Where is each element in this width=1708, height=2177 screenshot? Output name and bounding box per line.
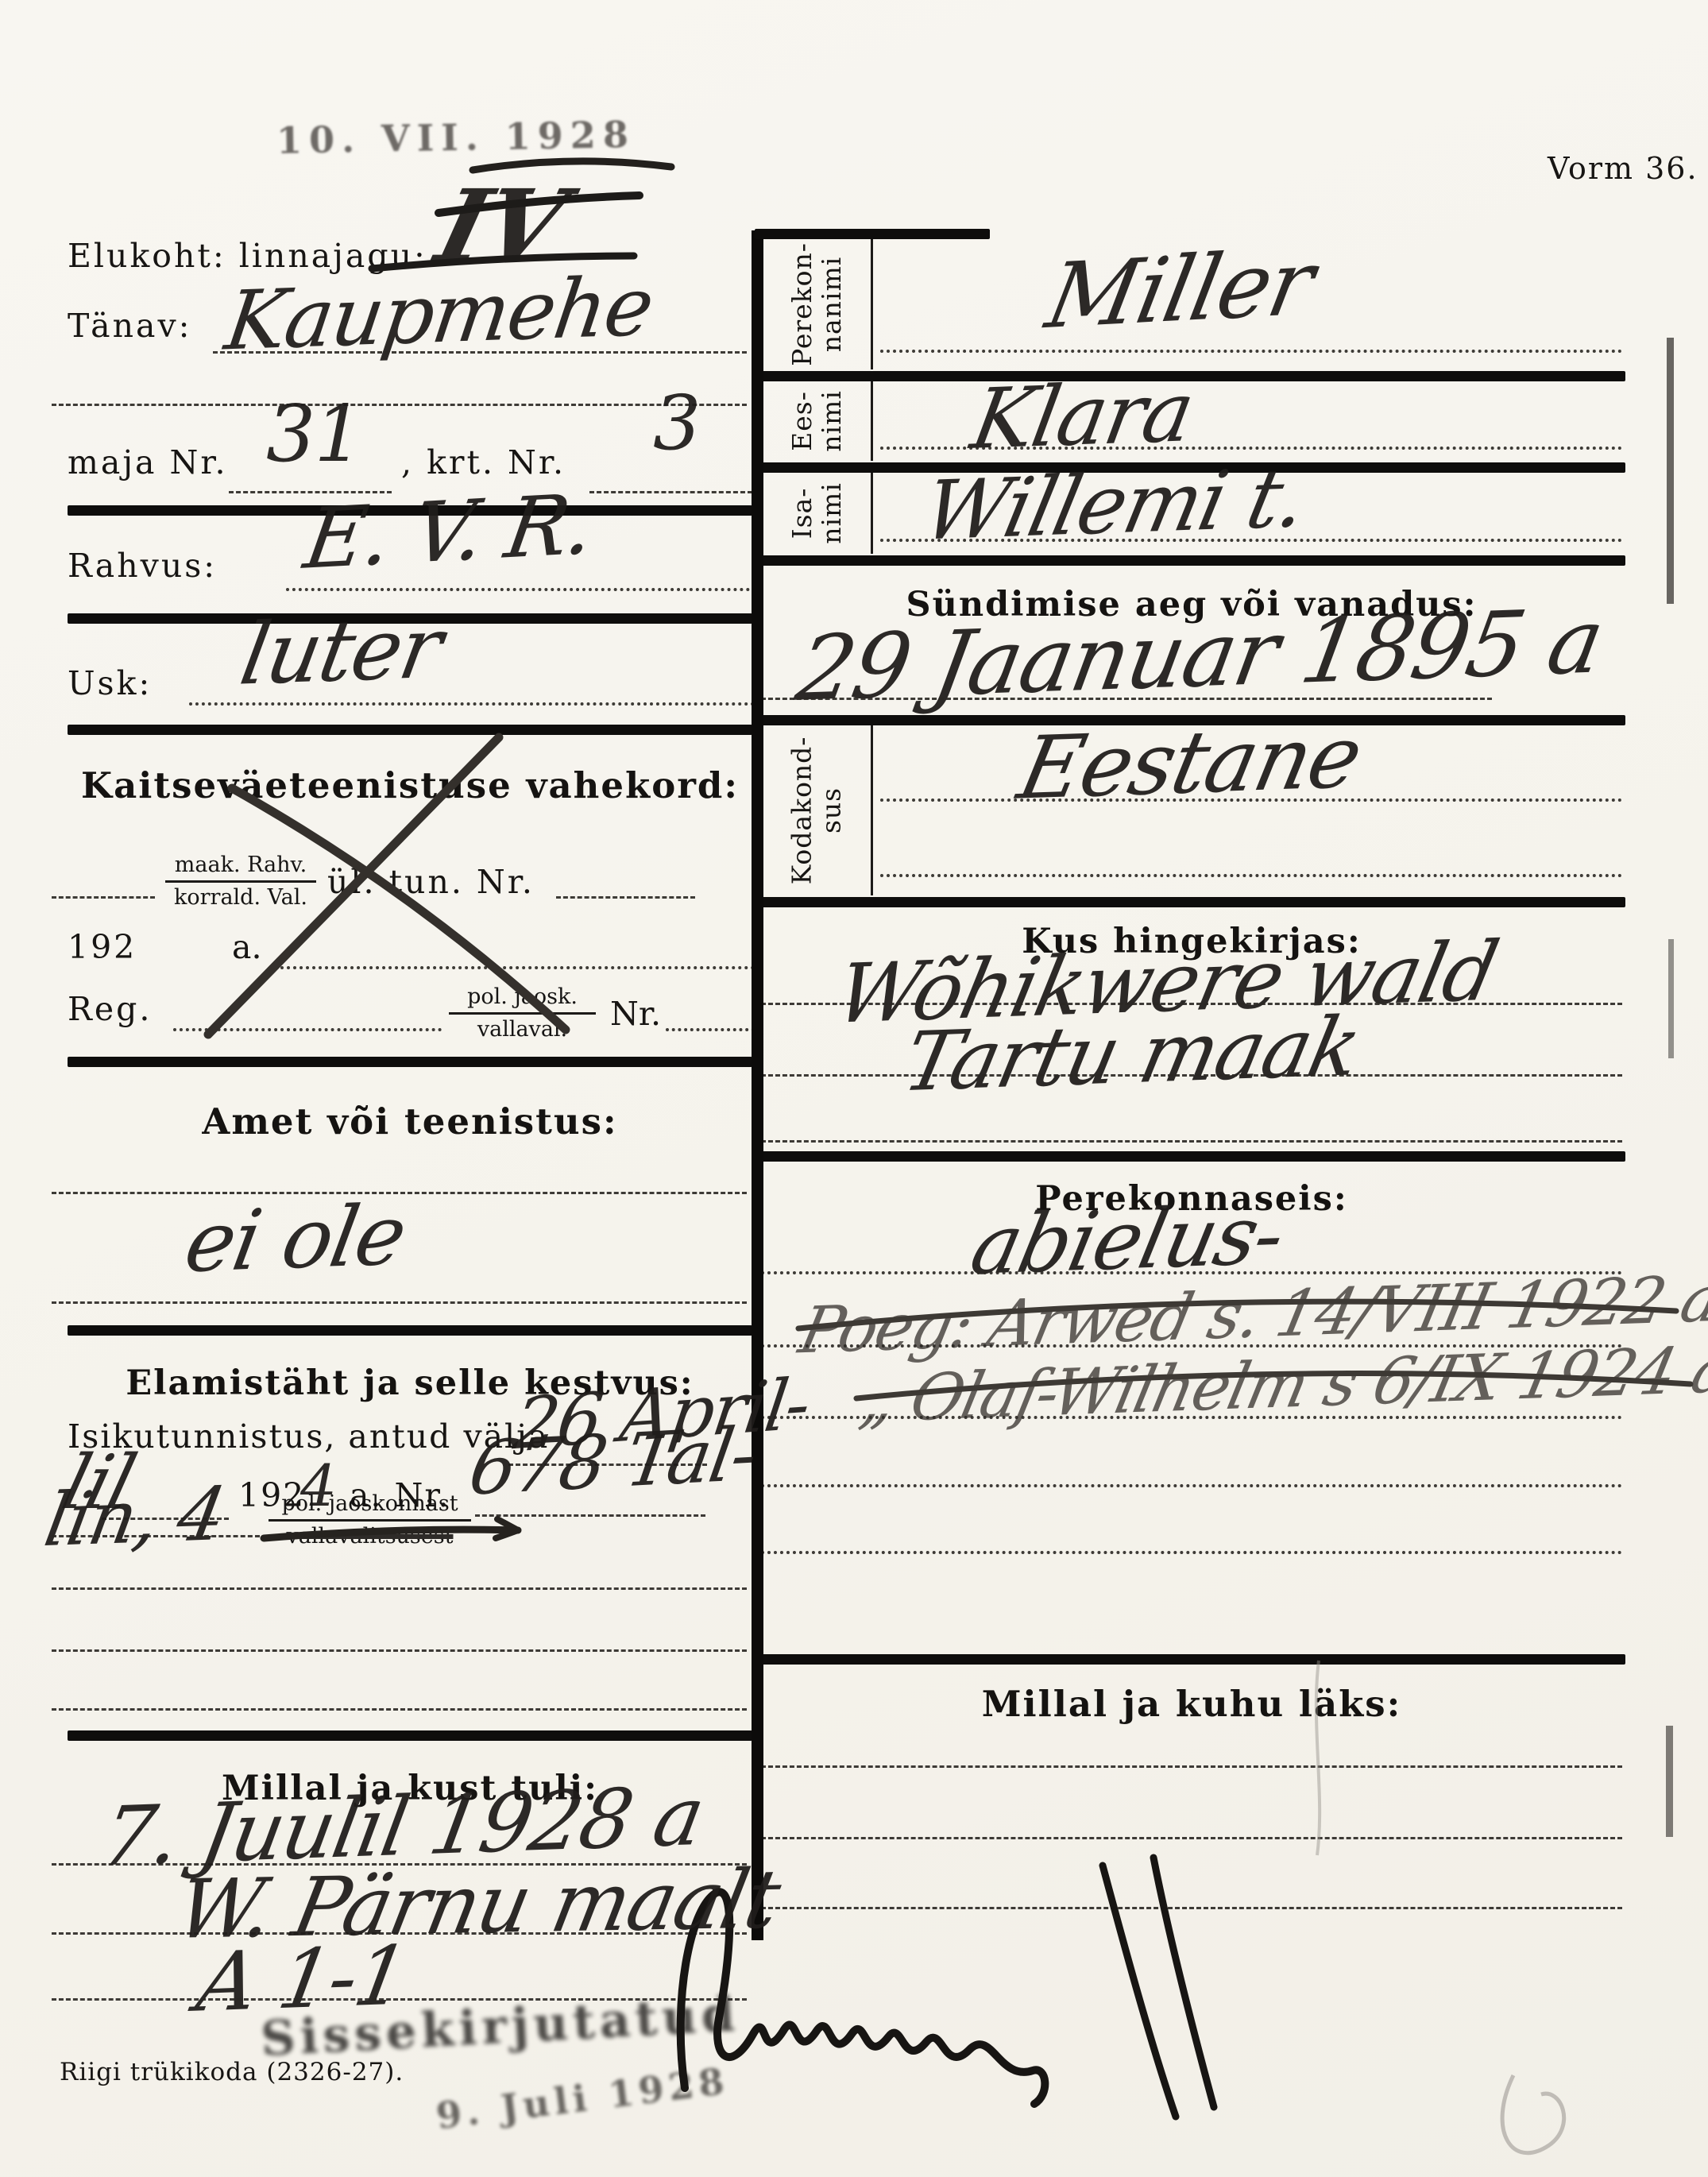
scan-edge-artifact <box>1667 338 1674 604</box>
hw-isikutunnistus-nr: 678 Tal- <box>464 1411 762 1512</box>
rule-rahvus <box>286 588 756 591</box>
field-label-usk: Usk: <box>68 664 152 702</box>
rule-laks-2 <box>761 1837 1622 1839</box>
rule-reg-left <box>173 1028 442 1031</box>
rule-blank-4 <box>52 1708 747 1711</box>
hw-kodakondsus-value: Eestane <box>1011 707 1370 819</box>
jaoskond-fraction: pol. jaoskonnast vallavalitsusest <box>269 1491 471 1550</box>
scan-edge-artifact <box>1668 939 1674 1058</box>
rule-192a <box>274 966 755 969</box>
rule-perekonnanimi <box>880 350 1622 353</box>
form-number: Vorm 36. <box>1548 151 1698 186</box>
hw-tuli-line2: W. Pärnu maalt <box>169 1852 786 1958</box>
jaoskond-fraction-bottom: vallavalitsusest <box>269 1522 471 1550</box>
section-heading-amet: Amet või teenistus: <box>68 1100 752 1143</box>
hw-krt-value: 3 <box>653 380 699 467</box>
rule-amet-bottom <box>52 1301 747 1304</box>
divider-bar <box>755 229 990 239</box>
printer-imprint: Riigi trükikoda (2326-27). <box>60 2058 404 2086</box>
rule-kodakondsus-2 <box>880 874 1622 877</box>
military-fraction: maak. Rahv. korrald. Val. <box>165 852 316 911</box>
hw-perekonnanimi-value: Miller <box>1038 231 1320 350</box>
rule-military-right <box>556 896 695 899</box>
hw-maja-value: 31 <box>266 389 362 480</box>
signature-stroke-2 <box>1153 1858 1214 2107</box>
divider-bar <box>68 1730 752 1741</box>
divider-bar <box>68 1057 752 1067</box>
hw-rahvus-value: E. V. R. <box>298 475 599 588</box>
scan-edge-artifact <box>1666 1726 1673 1837</box>
rule-hingekiri-3 <box>761 1140 1622 1143</box>
vertical-label-isanimi: Isa- nimi <box>763 473 873 554</box>
rule-blank-3 <box>52 1649 747 1652</box>
rule-eesnimi <box>880 447 1622 450</box>
vertical-label-eesnimi: Ees- nimi <box>763 381 873 461</box>
registration-card: 10. VII. 1928 Vorm 36. Elukoht: linnajag… <box>0 0 1708 2177</box>
section-heading-laks: Millal ja kuhu läks: <box>802 1683 1581 1725</box>
rule-krt <box>589 491 752 493</box>
pencil-mark-1 <box>1502 2075 1564 2153</box>
rule-usk <box>189 702 755 706</box>
rule-isanimi <box>880 539 1622 542</box>
reg-nr-label: Nr. <box>610 995 661 1033</box>
hw-eesnimi-value: Klara <box>964 363 1200 468</box>
rule-perekonnaseis-5 <box>761 1551 1622 1554</box>
rule-hingekiri-2 <box>761 1074 1622 1077</box>
divider-bar <box>68 725 752 735</box>
rule-perekonnaseis-3 <box>761 1416 1622 1419</box>
rule-tanav <box>213 351 747 354</box>
jaoskond-fraction-top: pol. jaoskonnast <box>269 1491 471 1522</box>
rule-laks-1 <box>761 1765 1622 1768</box>
section-heading-military: Kaitseväeteenistuse vahekord: <box>68 764 752 806</box>
hw-amet-value: ei ole <box>178 1186 412 1291</box>
rule-military-left <box>52 896 155 899</box>
vertical-label-kodakondsus: Kodakond- sus <box>763 725 873 895</box>
rule-blank-1 <box>52 404 747 406</box>
military-year-suffix: a. <box>232 928 261 966</box>
reg-fraction-top: pol. jaosk. <box>449 984 596 1015</box>
rule-lin4 <box>52 1535 260 1537</box>
rule-perekonnaseis-4 <box>761 1484 1622 1487</box>
date-stamp-top: 10. VII. 1928 <box>276 113 636 162</box>
vertical-label-perekonnanimi: Perekon- nanimi <box>763 239 873 369</box>
reg-label: Reg. <box>68 990 152 1028</box>
military-fraction-bottom: korrald. Val. <box>165 883 316 911</box>
divider-bar <box>755 897 1625 907</box>
field-label-tanav: Tänav: <box>68 307 191 345</box>
rule-reg-right <box>666 1028 755 1031</box>
reg-fraction-bottom: vallaval. <box>449 1015 596 1043</box>
signature-stroke-1 <box>1103 1866 1176 2117</box>
divider-bar <box>755 555 1625 566</box>
field-label-krt: , krt. Nr. <box>401 443 566 481</box>
registration-stamp-date: 9. Juli 1928 <box>434 2059 731 2138</box>
rule-kodakondsus-1 <box>880 798 1622 802</box>
rule-laks-3 <box>761 1907 1622 1909</box>
military-year-label: 192 <box>68 928 137 966</box>
divider-bar <box>755 1151 1625 1162</box>
divider-bar <box>68 1325 752 1336</box>
hw-hingekiri-line2: Tartu maak <box>895 1000 1367 1111</box>
reg-fraction: pol. jaosk. vallaval. <box>449 984 596 1043</box>
divider-bar <box>755 1654 1625 1665</box>
strike-arrowhead <box>496 1519 518 1538</box>
rule-isiku-3 <box>475 1514 705 1517</box>
rule-sundimine <box>761 698 1492 700</box>
military-after-fraction: ül. tun. Nr. <box>327 863 535 901</box>
column-divider <box>752 230 763 1940</box>
field-label-maja: maja Nr. <box>68 443 228 481</box>
hw-usk-value: luter <box>234 598 448 703</box>
field-label-rahvus: Rahvus: <box>68 547 217 585</box>
rule-blank-2 <box>52 1587 747 1590</box>
hw-isanimi-value: Willemi t. <box>915 450 1314 559</box>
military-fraction-top: maak. Rahv. <box>165 852 316 883</box>
hw-isikutunnistus-lin: lin, 4 <box>39 1471 231 1564</box>
